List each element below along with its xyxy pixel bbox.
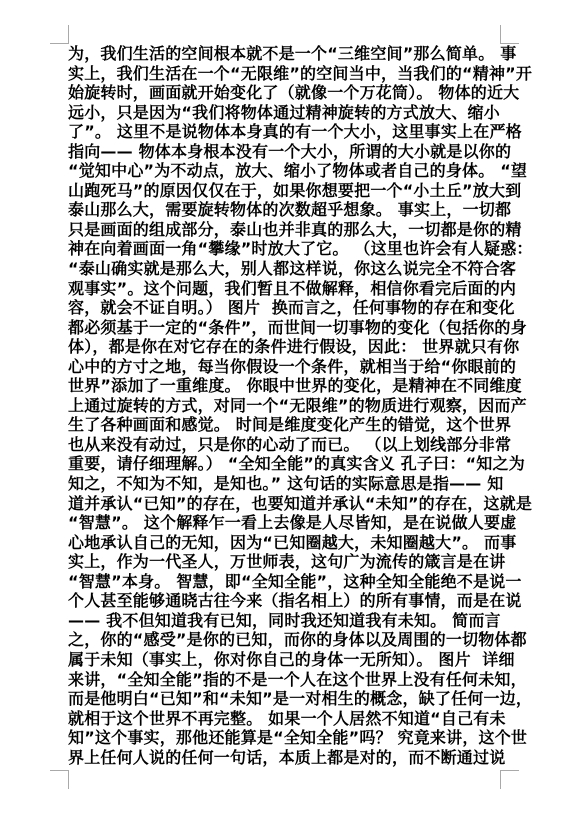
text-boundary-mark-top-left <box>50 25 69 44</box>
text-line[interactable]: 重要，请仔细理解。） “全知全能”的真实含义 孔子曰：“知之为 <box>68 454 508 474</box>
text-line[interactable]: 而是他明白“已知”和“未知”是一对相生的概念，缺了任何一边， <box>68 689 508 709</box>
document-page: 为，我们生活的空间根本就不是一个“三维空间”那么简单。 事实上，我们生活在一个“… <box>0 0 573 814</box>
text-line[interactable]: 指向—— 物体本身根本没有一个大小，所谓的大小就是以你的 <box>68 142 508 162</box>
document-text-area[interactable]: 为，我们生活的空间根本就不是一个“三维空间”那么简单。 事实上，我们生活在一个“… <box>68 44 508 767</box>
text-line[interactable]: 来讲，“全知全能”指的不是一个人在这个世界上没有任何未知， <box>68 670 508 690</box>
text-line[interactable]: 神在向着画面一角“攀缘”时放大了它。 （这里也许会有人疑惑： <box>68 239 508 259</box>
text-line[interactable]: 实上，我们生活在一个“无限维”的空间当中，当我们的“精神”开 <box>68 64 508 84</box>
text-line[interactable]: 体），都是你在对它存在的条件进行假设，因此： 世界就只有你 <box>68 337 508 357</box>
text-line[interactable]: “智慧”本身。 智慧，即“全知全能”，这种全知全能绝不是说一 <box>68 572 508 592</box>
text-line[interactable]: “智慧”。 这个解释乍一看上去像是人尽皆知，是在说做人要虚 <box>68 513 508 533</box>
text-line[interactable]: 也从来没有动过，只是你的心动了而已。 （以上划线部分非常 <box>68 435 508 455</box>
text-line[interactable]: —— 我不但知道我有已知，同时我还知道我有未知。 简而言 <box>68 611 508 631</box>
text-line[interactable]: 观事实”。这个问题，我们暂且不做解释，相信你看完后面的内 <box>68 279 508 299</box>
text-line[interactable]: 上通过旋转的方式，对同一个“无限维”的物质进行观察，因而产 <box>68 396 508 416</box>
text-line[interactable]: 心地承认自己的无知，因为“已知圈越大，未知圈越大”。 而事 <box>68 533 508 553</box>
text-line[interactable]: “觉知中心”为不动点，放大、缩小了物体或者自己的身体。 “望 <box>68 161 508 181</box>
text-line[interactable]: 都必须基于一定的“条件”，而世间一切事物的变化（包括你的身 <box>68 318 508 338</box>
text-boundary-mark-top-right <box>500 25 519 44</box>
text-line[interactable]: 容，就会不证自明。） 图片 换而言之，任何事物的存在和变化 <box>68 298 508 318</box>
text-line[interactable]: 界上任何人说的任何一句话，本质上都是对的，而不断通过说 <box>68 748 508 768</box>
text-boundary-mark-bottom-left <box>50 770 69 789</box>
text-line[interactable]: 个人甚至能够通晓古往今来（指名相上）的所有事情，而是在说 <box>68 591 508 611</box>
text-line[interactable]: 了”。 这里不是说物体本身真的有一个大小，这里事实上在严格 <box>68 122 508 142</box>
text-line[interactable]: 心中的方寸之地，每当你假设一个条件，就相当于给“你眼前的 <box>68 357 508 377</box>
text-line[interactable]: 只是画面的组成部分，泰山也并非真的那么大，一切都是你的精 <box>68 220 508 240</box>
text-line[interactable]: 就相于这个世界不再完整。 如果一个人居然不知道“自己有未 <box>68 709 508 729</box>
text-line[interactable]: 始旋转时，画面就开始变化了（就像一个万花筒）。 物体的近大 <box>68 83 508 103</box>
text-line[interactable]: 之，你的“感受”是你的已知，而你的身体以及周围的一切物体都 <box>68 630 508 650</box>
text-line[interactable]: 实上，作为一代圣人，万世师表，这句广为流传的箴言是在讲 <box>68 552 508 572</box>
text-line[interactable]: 远小，只是因为“我们将物体通过精神旋转的方式放大、缩小 <box>68 103 508 123</box>
text-line[interactable]: 为，我们生活的空间根本就不是一个“三维空间”那么简单。 事 <box>68 44 508 64</box>
text-line[interactable]: “泰山确实就是那么大，别人都这样说，你这么说完全不符合客 <box>68 259 508 279</box>
text-boundary-mark-bottom-right <box>500 770 519 789</box>
text-line[interactable]: 山跑死马”的原因仅仅在于，如果你想要把一个“小土丘”放大到 <box>68 181 508 201</box>
text-line[interactable]: 知之，不知为不知，是知也。” 这句话的实际意思是指—— 知 <box>68 474 508 494</box>
text-line[interactable]: 世界”添加了一重维度。 你眼中世界的变化，是精神在不同维度 <box>68 376 508 396</box>
text-line[interactable]: 道并承认“已知”的存在，也要知道并承认“未知”的存在，这就是 <box>68 494 508 514</box>
text-line[interactable]: 泰山那么大，需要旋转物体的次数超乎想象。 事实上，一切都 <box>68 200 508 220</box>
text-line[interactable]: 知”这个事实，那他还能算是“全知全能”吗？ 究竟来讲，这个世 <box>68 728 508 748</box>
text-line[interactable]: 属于未知（事实上，你对你自己的身体一无所知）。 图片 详细 <box>68 650 508 670</box>
text-line[interactable]: 生了各种画面和感觉。 时间是维度变化产生的错觉，这个世界 <box>68 415 508 435</box>
